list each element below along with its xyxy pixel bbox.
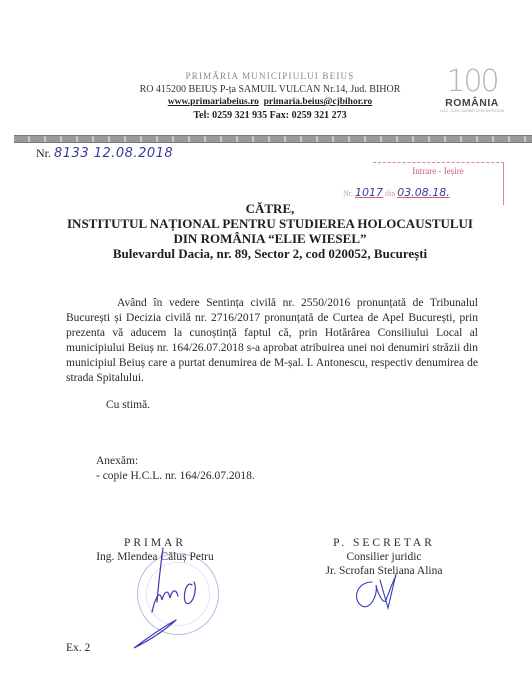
handwritten-signatures — [0, 0, 532, 700]
copies-count: Ex. 2 — [66, 642, 90, 654]
mayor-signature — [134, 548, 195, 648]
secretary-signature — [357, 574, 396, 608]
